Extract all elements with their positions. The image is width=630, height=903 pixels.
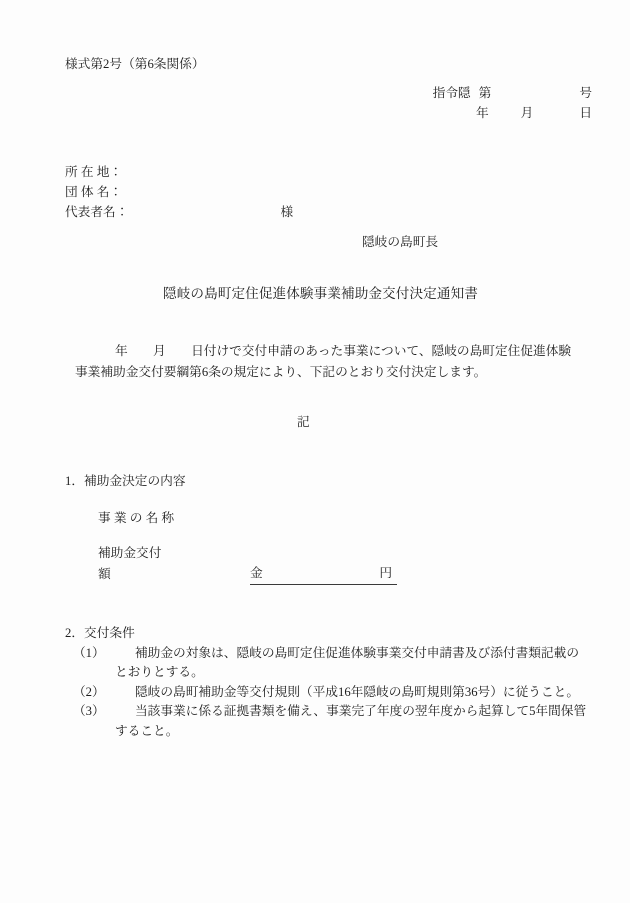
- body-paragraph: 年 月 日付けで交付申請のあった事業について、隠岐の島町定住促進体験 事業補助金…: [65, 341, 592, 382]
- directive-number-suffix: 号: [579, 86, 592, 100]
- directive-agency-label: 指令隠: [433, 86, 471, 100]
- sender-title: 隠岐の島町長: [362, 232, 592, 252]
- body-line-2: 事業補助金交付要綱第6条の規定により、下記のとおり交付決定します。: [75, 362, 592, 383]
- amount-unit-suffix: 円: [379, 563, 392, 584]
- condition-item: （3） 当該事業に係る証拠書類を備え、事業完了年度の翌年度から起算して5年間保管…: [73, 702, 592, 741]
- directive-number-prefix: 第: [479, 86, 492, 100]
- condition-text: 当該事業に係る証拠書類を備え、事業完了年度の翌年度から起算して5年間保管すること…: [115, 702, 587, 741]
- representative-label: 代表者名：: [65, 205, 128, 219]
- directive-block: 指令隠第号 年月日: [65, 84, 592, 123]
- recipient-block: 所 在 地： 団 体 名： 代表者名：様: [65, 162, 592, 222]
- amount-label: 補助金交付額: [98, 543, 174, 585]
- notice-document: 様式第2号（第6条関係） 指令隠第号 年月日 所 在 地： 団 体 名： 代表者…: [0, 0, 630, 903]
- representative-name-blank: [128, 215, 280, 216]
- section1-heading: 1．補助金決定の内容: [65, 471, 592, 491]
- subsidy-amount-row: 補助金交付額 金円: [98, 543, 592, 585]
- project-name-row: 事 業 の 名 称: [98, 508, 592, 528]
- document-title: 隠岐の島町定住促進体験事業補助金交付決定通知書: [163, 283, 592, 304]
- condition-number: （2）: [73, 683, 115, 703]
- conditions-list: （1） 補助金の対象は、隠岐の島町定住促進体験事業交付申請書及び添付書類記載のと…: [65, 644, 592, 742]
- condition-item: （2） 隠岐の島町補助金等交付規則（平成16年隠岐の島町規則第36号）に従うこと…: [73, 683, 592, 703]
- condition-number: （3）: [73, 702, 115, 741]
- directive-number-blank: [491, 96, 579, 97]
- day-label: 日: [579, 106, 592, 120]
- issue-date-line: 年月日: [65, 104, 592, 124]
- organization-line: 団 体 名：: [65, 182, 592, 202]
- body-line-1: 年 月 日付けで交付申請のあった事業について、隠岐の島町定住促進体験: [115, 341, 592, 362]
- address-line: 所 在 地：: [65, 162, 592, 182]
- representative-line: 代表者名：様: [65, 202, 592, 222]
- directive-number-line: 指令隠第号: [65, 84, 592, 104]
- project-name-label: 事 業 の 名 称: [98, 511, 174, 525]
- spacer: [471, 96, 479, 97]
- spacer: [174, 584, 250, 585]
- condition-number: （1）: [73, 644, 115, 683]
- year-label: 年: [476, 106, 489, 120]
- form-number: 様式第2号（第6条関係）: [65, 56, 592, 73]
- month-blank: [533, 116, 579, 117]
- organization-label: 団 体 名：: [65, 185, 122, 199]
- amount-blank-field: 金円: [250, 563, 397, 585]
- honorific-label: 様: [280, 205, 293, 219]
- record-marker: 記: [297, 412, 592, 432]
- condition-text: 補助金の対象は、隠岐の島町定住促進体験事業交付申請書及び添付書類記載のとおりとす…: [115, 644, 587, 683]
- condition-text: 隠岐の島町補助金等交付規則（平成16年隠岐の島町規則第36号）に従うこと。: [115, 683, 587, 703]
- condition-item: （1） 補助金の対象は、隠岐の島町定住促進体験事業交付申請書及び添付書類記載のと…: [73, 644, 592, 683]
- amount-unit-prefix: 金: [250, 563, 263, 584]
- section2-heading: 2．交付条件: [65, 624, 592, 644]
- year-blank: [489, 116, 521, 117]
- month-label: 月: [521, 106, 534, 120]
- address-label: 所 在 地：: [65, 165, 122, 179]
